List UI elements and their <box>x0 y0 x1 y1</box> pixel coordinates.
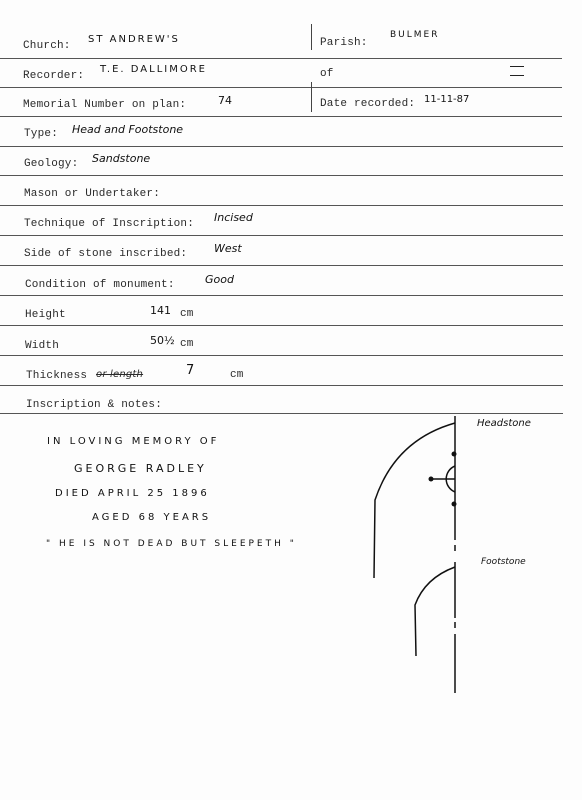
footstone-label: Footstone <box>481 557 526 567</box>
footstone-outline <box>415 567 455 656</box>
headstone-label: Headstone <box>477 418 531 429</box>
headstone-outline <box>374 423 455 578</box>
stone-sketch <box>0 0 582 800</box>
